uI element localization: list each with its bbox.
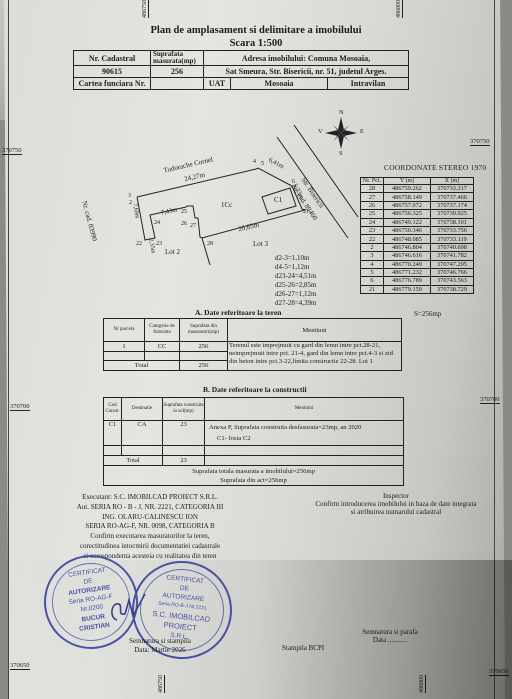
land-row-area: 256 [180, 342, 228, 352]
point-3: 3 [128, 193, 131, 199]
constr-row-code: C1 [104, 421, 122, 446]
executant-line-6: corectitudinea intocmirii documentatiei … [30, 542, 270, 552]
coordinate-cell-x: 370733.217 [431, 185, 474, 193]
coordinate-cell-pct: 4 [361, 260, 384, 268]
coordinate-cell-y: 486776.789 [384, 277, 431, 285]
constr-total-value: 23 [163, 456, 205, 466]
land-total-label: Total [104, 361, 180, 371]
coordinate-cell-x: 370743.563 [431, 277, 474, 285]
constr-header-destination: Destinatie [122, 398, 163, 421]
coord-header-y: Y [m] [384, 178, 431, 185]
inspector-signature-block: Semnatura si parafa Data ........... [330, 628, 450, 644]
coordinate-cell-pct: 21 [361, 285, 384, 293]
coordinate-cell-pct: 26 [361, 201, 384, 209]
coordinate-cell-y: 486758.149 [384, 193, 431, 201]
coordinate-row: 27486758.149370737.466 [361, 193, 474, 201]
coordinate-row: 3486746.616370741.782 [361, 252, 474, 260]
grid-label-left-370650: 370650 [10, 662, 30, 670]
compass-west-label: V [318, 128, 323, 135]
point-23: 23 [156, 241, 162, 247]
coordinate-row: 22486748.085370733.119 [361, 235, 474, 243]
coordinate-cell-y: 486756.325 [384, 210, 431, 218]
coordinate-cell-x: 370737.174 [431, 201, 474, 209]
point-21: 21 [303, 209, 309, 215]
compass-rose-icon [325, 117, 357, 149]
land-header-category: Categorie de folosinta [145, 319, 180, 342]
executant-line-5: Confirm executarea masuratorilor la tere… [30, 532, 270, 542]
compass-south-label: S [339, 150, 343, 157]
coordinate-cell-y: 486757.072 [384, 201, 431, 209]
executant-date: Data: Martie 2026 [60, 646, 260, 655]
coordinate-cell-x: 370741.782 [431, 252, 474, 260]
executant-line-2: Aut. SERIA RO - B - J, NR. 2221, CATEGOR… [30, 503, 270, 513]
constr-header-code: Cod Constr. [104, 398, 122, 421]
bcpi-stamp-label: Stampila BCPI [282, 644, 324, 652]
parcel-label: 1Cc [221, 201, 232, 209]
coordinate-row: 21486779.159370738.729 [361, 285, 474, 293]
constr-row-destination: CA [122, 421, 163, 446]
coordinate-cell-y: 486771.232 [384, 268, 431, 276]
point-4: 4 [253, 159, 256, 165]
coordinates-title: COORDONATE STEREO 1970 [384, 163, 486, 172]
grid-label-left-370700: 370700 [10, 403, 30, 411]
point-5: 5 [261, 161, 264, 167]
coordinate-row: 2486746.804370740.698 [361, 243, 474, 251]
total-area-measured: Suprafata totala masurata a imobilului=2… [104, 467, 403, 476]
coordinate-cell-pct: 28 [361, 185, 384, 193]
distance-2-3: d2-3=1,10m [275, 254, 316, 263]
handwritten-signature [105, 590, 155, 630]
coordinate-cell-pct: 5 [361, 268, 384, 276]
executant-line-4: SERIA RO-AG-F, NR. 0098, CATEGORIA B [30, 522, 270, 532]
land-header-nr: Nr parcela [104, 319, 145, 342]
building-label: C1 [274, 196, 282, 204]
coord-header-pct: Nr. Pct. [361, 178, 384, 185]
constr-mentions-line-2: C1- fosta C2 [209, 433, 399, 444]
coordinate-cell-pct: 22 [361, 235, 384, 243]
land-header-area: Suprafata din masuratori(mp) [180, 319, 228, 342]
inspector-title: Inspector [280, 492, 512, 500]
land-total-value: 256 [180, 361, 228, 371]
coordinate-row: 6486776.789370743.563 [361, 277, 474, 285]
constr-total-label: Total [104, 456, 163, 466]
coordinate-cell-y: 486779.159 [384, 285, 431, 293]
coordinate-cell-y: 486770.249 [384, 260, 431, 268]
total-area-label: S=256mp [414, 310, 441, 318]
coordinate-cell-x: 370740.698 [431, 243, 474, 251]
grid-label-bottom-right: 486800 [419, 675, 426, 693]
coordinate-cell-y: 486759.262 [384, 185, 431, 193]
coordinate-cell-x: 370747.295 [431, 260, 474, 268]
coordinate-cell-x: 370746.766 [431, 268, 474, 276]
inspector-signature-label: Semnatura si parafa [330, 628, 450, 636]
distance-23-24: d23-24=4,51m [275, 272, 316, 281]
coordinate-cell-x: 370738.101 [431, 218, 474, 226]
coordinate-cell-y: 486746.616 [384, 252, 431, 260]
coordinate-cell-y: 486749.122 [384, 218, 431, 226]
land-data-table: Nr parcela Categorie de folosinta Supraf… [103, 318, 402, 371]
coordinate-cell-pct: 25 [361, 210, 384, 218]
coordinate-cell-pct: 27 [361, 193, 384, 201]
executant-block: Executant: S.C. IMOBILCAD PROIECT S.R.L.… [30, 493, 270, 562]
executant-line-7: si corespondenta acesteia cu realitatea … [30, 552, 270, 562]
coordinate-cell-x: 370739.925 [431, 210, 474, 218]
inspector-block: Inspector Confirm introducerea imobilulu… [280, 492, 512, 516]
lot-2-label: Lot 2 [165, 248, 180, 256]
point-28: 28 [207, 241, 213, 247]
coordinate-cell-y: 486746.804 [384, 243, 431, 251]
inspector-date: Data ........... [330, 636, 450, 644]
distance-26-27: d26-27=1,12m [275, 290, 316, 299]
distance-25-26: d25-26=2,85m [275, 281, 316, 290]
executant-signature-label: Semnatura si stampila [60, 637, 260, 646]
coordinate-cell-y: 486748.085 [384, 235, 431, 243]
coordinate-cell-y: 486750.346 [384, 226, 431, 234]
land-header-mentions: Mentiuni [228, 319, 402, 342]
coordinate-cell-x: 370738.729 [431, 285, 474, 293]
grid-label-bottom-left: 486750 [158, 675, 165, 693]
coordinate-row: 25486756.325370739.925 [361, 210, 474, 218]
coordinate-cell-x: 370737.466 [431, 193, 474, 201]
constr-row-area: 23 [163, 421, 205, 446]
point-22: 22 [136, 241, 142, 247]
coordinate-cell-pct: 24 [361, 218, 384, 226]
land-mentions-text: Terenul este imprejmuit cu gard din lemn… [228, 342, 402, 371]
section-b-title: B. Date referitoare la constructii [203, 385, 307, 394]
grid-label-right-370650: 370650 [489, 668, 509, 676]
total-area-act: Suprafata din act=256mp [104, 476, 403, 485]
grid-label-right-370700: 370700 [480, 396, 500, 404]
point-25: 25 [181, 209, 187, 215]
compass-north-label: N [339, 109, 344, 116]
land-row-nr: 1 [104, 342, 145, 352]
coordinate-cell-x: 370733.756 [431, 226, 474, 234]
inspector-line-2: si atribuirea numarului cadastral [280, 508, 512, 516]
coordinate-cell-pct: 2 [361, 243, 384, 251]
lot-3-label: Lot 3 [253, 240, 268, 248]
coordinate-row: 26486757.072370737.174 [361, 201, 474, 209]
construction-data-table: Cod Constr. Destinatie Suprafata constru… [103, 397, 404, 486]
coord-header-x: X [m] [431, 178, 474, 185]
distance-27-28: d27-28=4,39m [275, 299, 316, 308]
coordinate-cell-pct: 23 [361, 226, 384, 234]
coordinate-row: 4486770.249370747.295 [361, 260, 474, 268]
point-26: 26 [181, 221, 187, 227]
coordinate-cell-x: 370733.119 [431, 235, 474, 243]
point-2: 2 [129, 200, 132, 206]
point-24: 24 [154, 220, 160, 226]
distance-4-5: d4-5=1,12m [275, 263, 316, 272]
coordinate-row: 24486749.122370738.101 [361, 218, 474, 226]
coordinate-row: 5486771.232370746.766 [361, 268, 474, 276]
land-row-category: CC [145, 342, 180, 352]
point-27: 27 [190, 223, 196, 229]
inspector-line-1: Confirm introducerea imobilului in baza … [280, 500, 512, 508]
executant-signature-block: Semnatura si stampila Data: Martie 2026 [60, 637, 260, 655]
point-6: 6 [292, 179, 295, 185]
constr-header-mentions: Mentiuni [205, 398, 404, 421]
executant-line-3: ING. OLARU-CALINESCU ION [30, 513, 270, 523]
compass-east-label: E [360, 128, 364, 135]
constr-footer: Suprafata totala masurata a imobilului=2… [104, 466, 404, 486]
coordinate-row: 28486759.262370733.217 [361, 185, 474, 193]
coordinate-row: 23486750.346370733.756 [361, 226, 474, 234]
coordinate-cell-pct: 6 [361, 277, 384, 285]
constr-mentions: Anexa P, Suprafata construita desfasurat… [205, 421, 404, 446]
constr-mentions-line-1: Anexa P, Suprafata construita desfasurat… [209, 422, 399, 433]
coordinates-table: Nr. Pct. Y [m] X [m] 28486759.262370733.… [360, 177, 474, 294]
coordinate-cell-pct: 3 [361, 252, 384, 260]
section-a-title: A. Date referitoare la teren [195, 308, 281, 317]
distances-list: d2-3=1,10m d4-5=1,12m d23-24=4,51m d25-2… [275, 254, 316, 308]
executant-line-1: Executant: S.C. IMOBILCAD PROIECT S.R.L. [30, 493, 270, 503]
constr-header-area: Suprafata construita la sol(mp) [163, 398, 205, 421]
